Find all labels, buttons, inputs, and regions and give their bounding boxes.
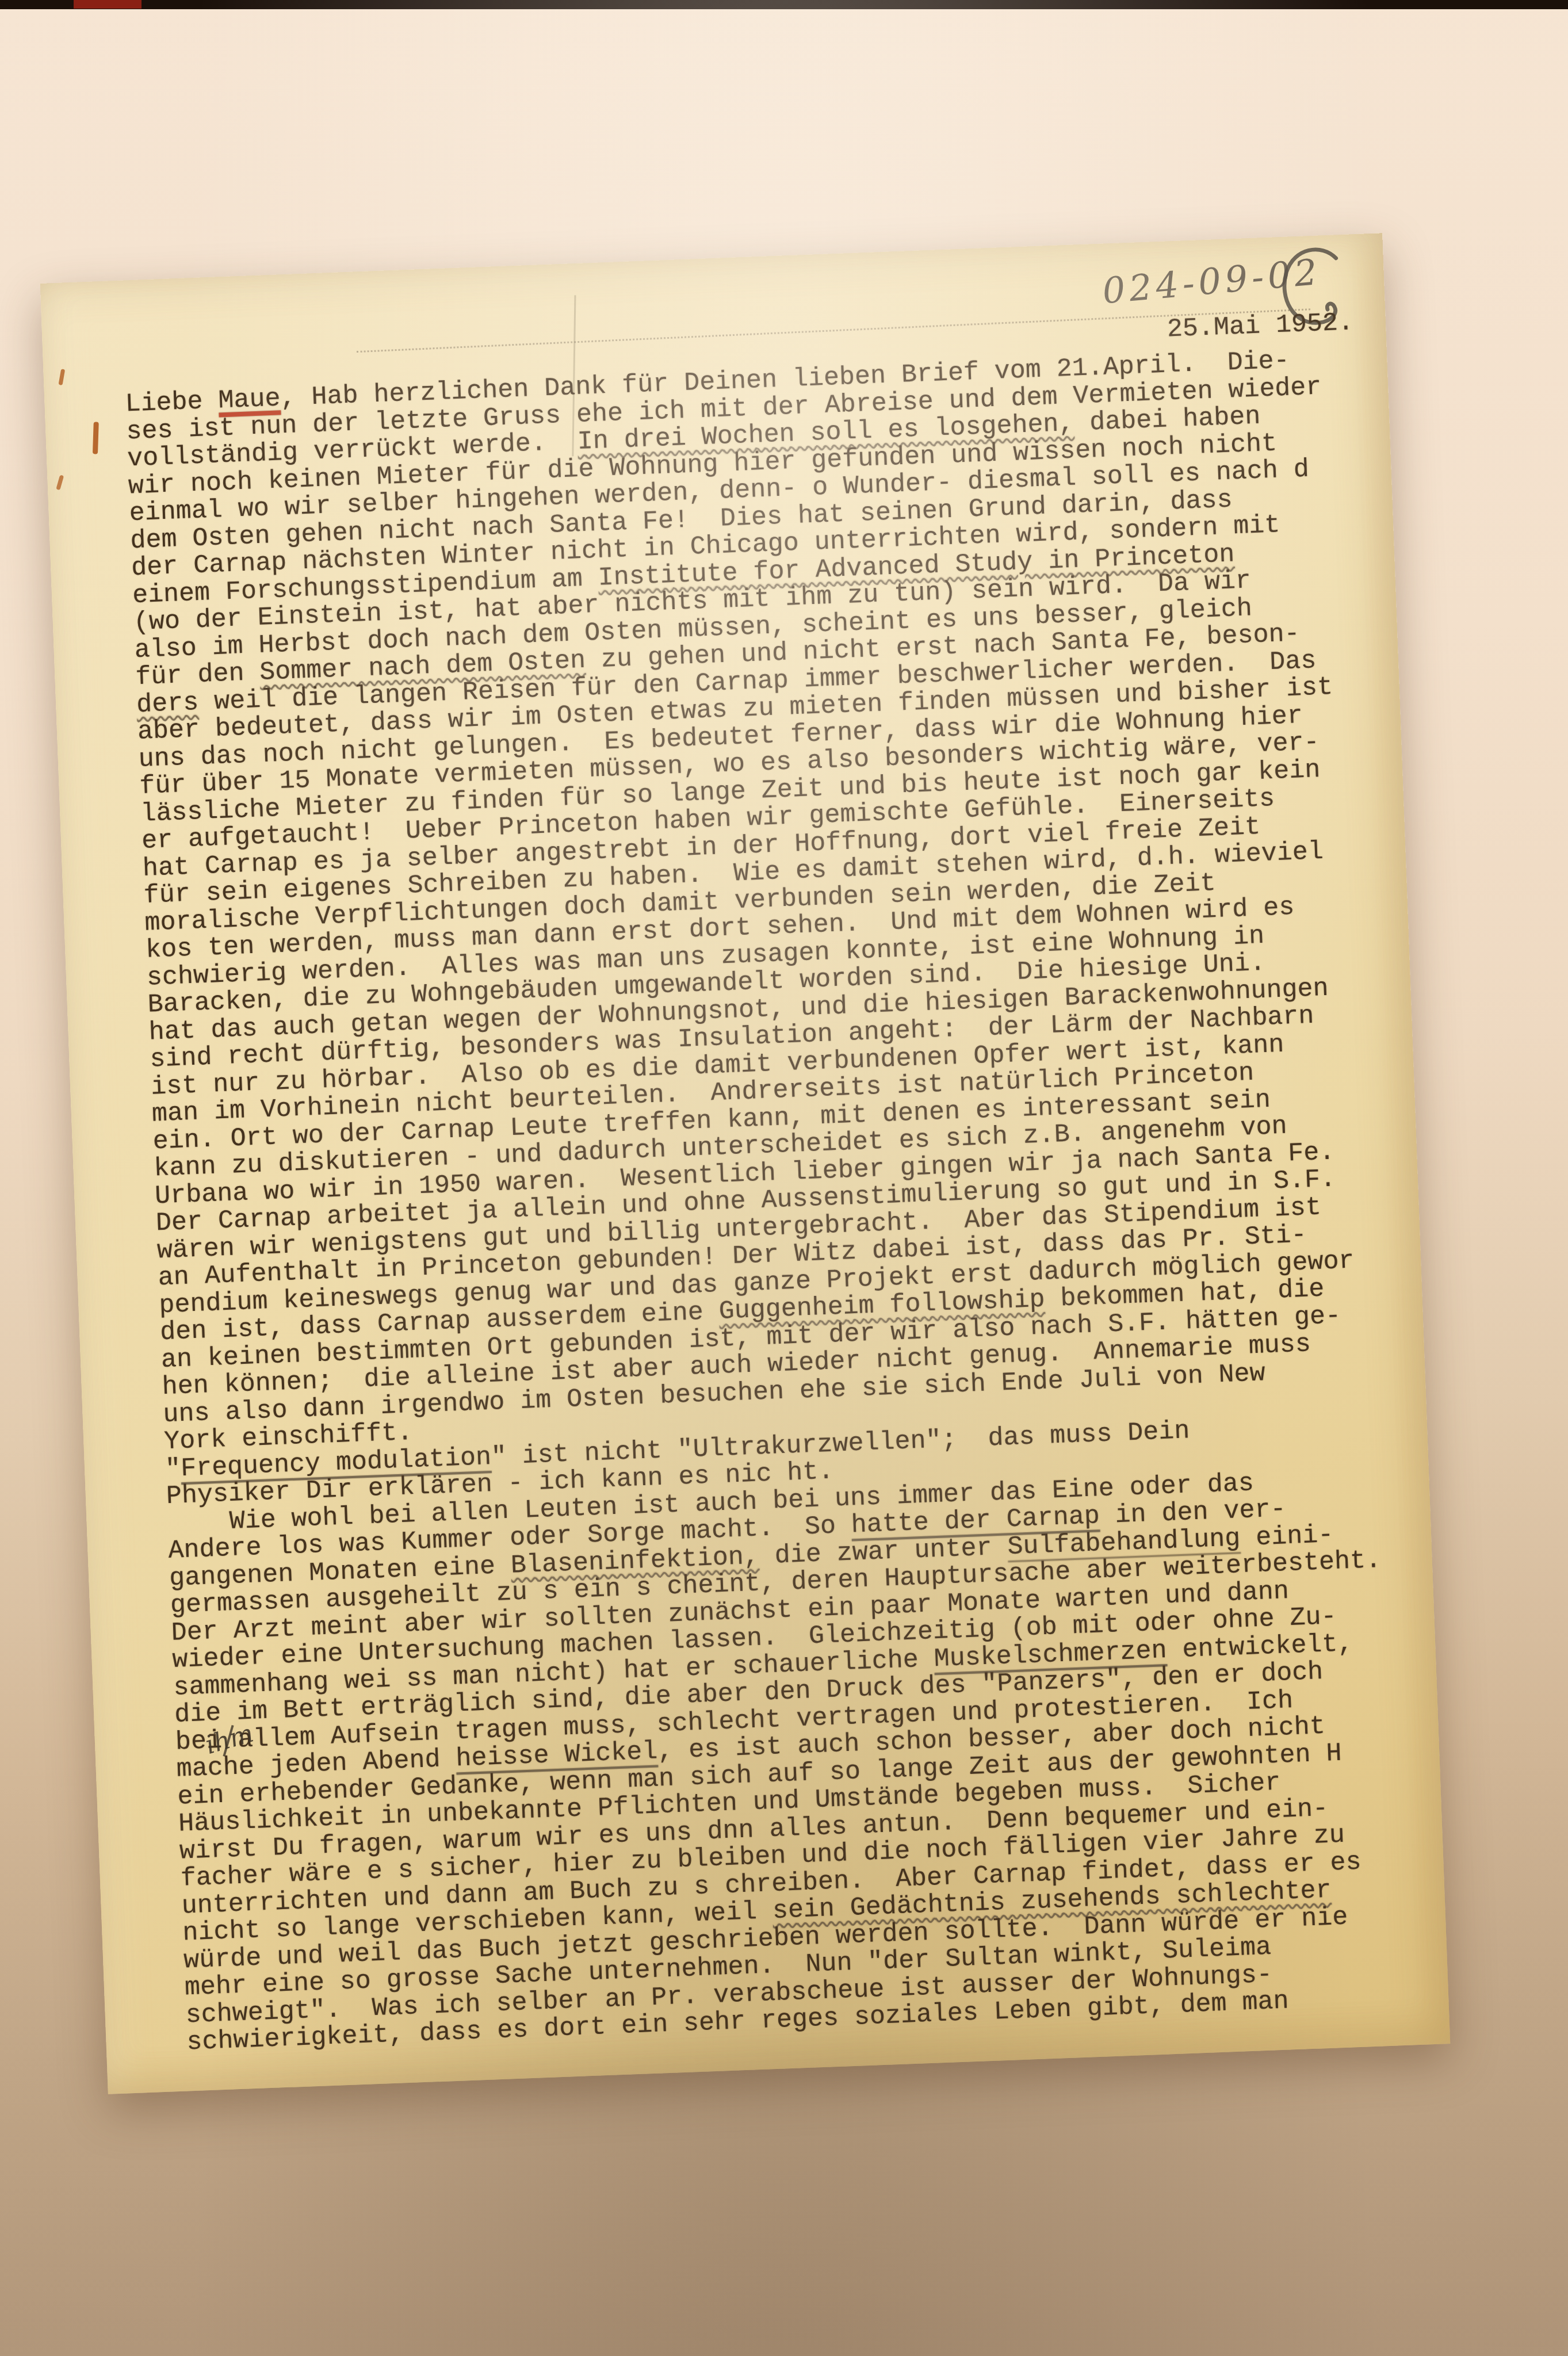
photo-top-edge-red-segment — [74, 0, 141, 9]
margin-mark — [93, 422, 99, 454]
margin-mark — [59, 369, 66, 385]
photo-top-edge — [0, 0, 1568, 9]
date-line: 25.Mai 1952. — [1167, 308, 1354, 344]
letter-body: Liebe Maue, Hab herzlichen Dank für Dein… — [125, 344, 1435, 2056]
photo-backdrop: 024-09-02 25.Mai 1952. Liebe Maue, Hab h… — [0, 0, 1568, 2356]
margin-mark — [56, 475, 64, 490]
letter-paper: 024-09-02 25.Mai 1952. Liebe Maue, Hab h… — [40, 233, 1451, 2094]
